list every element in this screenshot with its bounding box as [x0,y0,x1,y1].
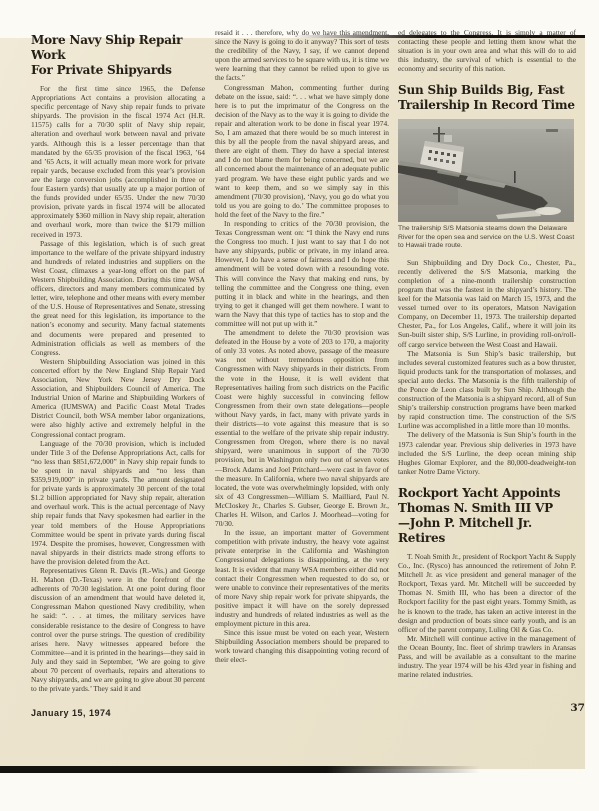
footer-issue-date: January 15, 1974 [31,708,111,718]
article2-headline: Sun Ship Builds Big, Fast Trailership In… [398,83,576,113]
article1-paragraph: Since this issue must be voted on each y… [215,628,389,664]
article1-paragraph: For the first time since 1965, the Defen… [31,84,205,239]
article1-paragraph: In the issue, an important matter of Gov… [215,528,389,628]
article1-paragraph-continuation: ed delegates to the Congress. It is simp… [398,28,576,73]
article2-paragraph: The Matsonia is Sun Ship’s basic trailer… [398,349,576,431]
article1-paragraph-continuation: resaid it . . . therefore, why do we hav… [215,28,389,83]
article3-headline-line3: —John P. Mitchell Jr. Retires [398,516,576,546]
article2-headline-line2: Trailership In Record Time [398,98,576,113]
article3-headline-line1: Rockport Yacht Appoints [398,486,576,501]
article3-paragraph: Mr. Mitchell will continue active in the… [398,634,576,679]
article2-headline-line1: Sun Ship Builds Big, Fast [398,83,576,98]
scan-edge-bottom [0,766,480,773]
article1-paragraph: In responding to critics of the 70/30 pr… [215,219,389,328]
photo-caption: The trailership S/S Matsonia steams down… [398,225,576,250]
trailership-illustration [398,119,574,222]
column-1: More Navy Ship Repair Work For Private S… [31,33,205,723]
column-2: resaid it . . . therefore, why do we hav… [215,28,389,724]
article1-headline-line1: More Navy Ship Repair Work [31,33,205,63]
article1-paragraph: Passage of this legislation, which is of… [31,239,205,357]
article2-paragraph: Sun Shipbuilding and Dry Dock Co., Chest… [398,258,576,349]
article1-paragraph: Congressman Mahon, commenting further du… [215,83,389,219]
trailership-photo: The trailership S/S Matsonia steams down… [398,119,576,250]
column-3: ed delegates to the Congress. It is simp… [398,28,576,726]
scanned-magazine-page: More Navy Ship Repair Work For Private S… [0,0,599,811]
page-number: 37 [570,702,585,714]
article3-headline-line2: Thomas N. Smith III VP [398,501,576,516]
article3-headline: Rockport Yacht Appoints Thomas N. Smith … [398,486,576,546]
article1-paragraph: The amendment to delete the 70/30 provis… [215,328,389,528]
article1-paragraph: Language of the 70/30 provision, which i… [31,439,205,566]
article1-headline-line2: For Private Shipyards [31,63,205,78]
article1-paragraph: Western Shipbuilding Association was joi… [31,357,205,439]
article2-paragraph: The delivery of the Matsonia is Sun Ship… [398,430,576,475]
article3-paragraph: T. Noah Smith Jr., president of Rockport… [398,552,576,634]
article1-headline: More Navy Ship Repair Work For Private S… [31,33,205,78]
article1-paragraph: Representatives Glenn R. Davis (R.-Wis.)… [31,566,205,693]
